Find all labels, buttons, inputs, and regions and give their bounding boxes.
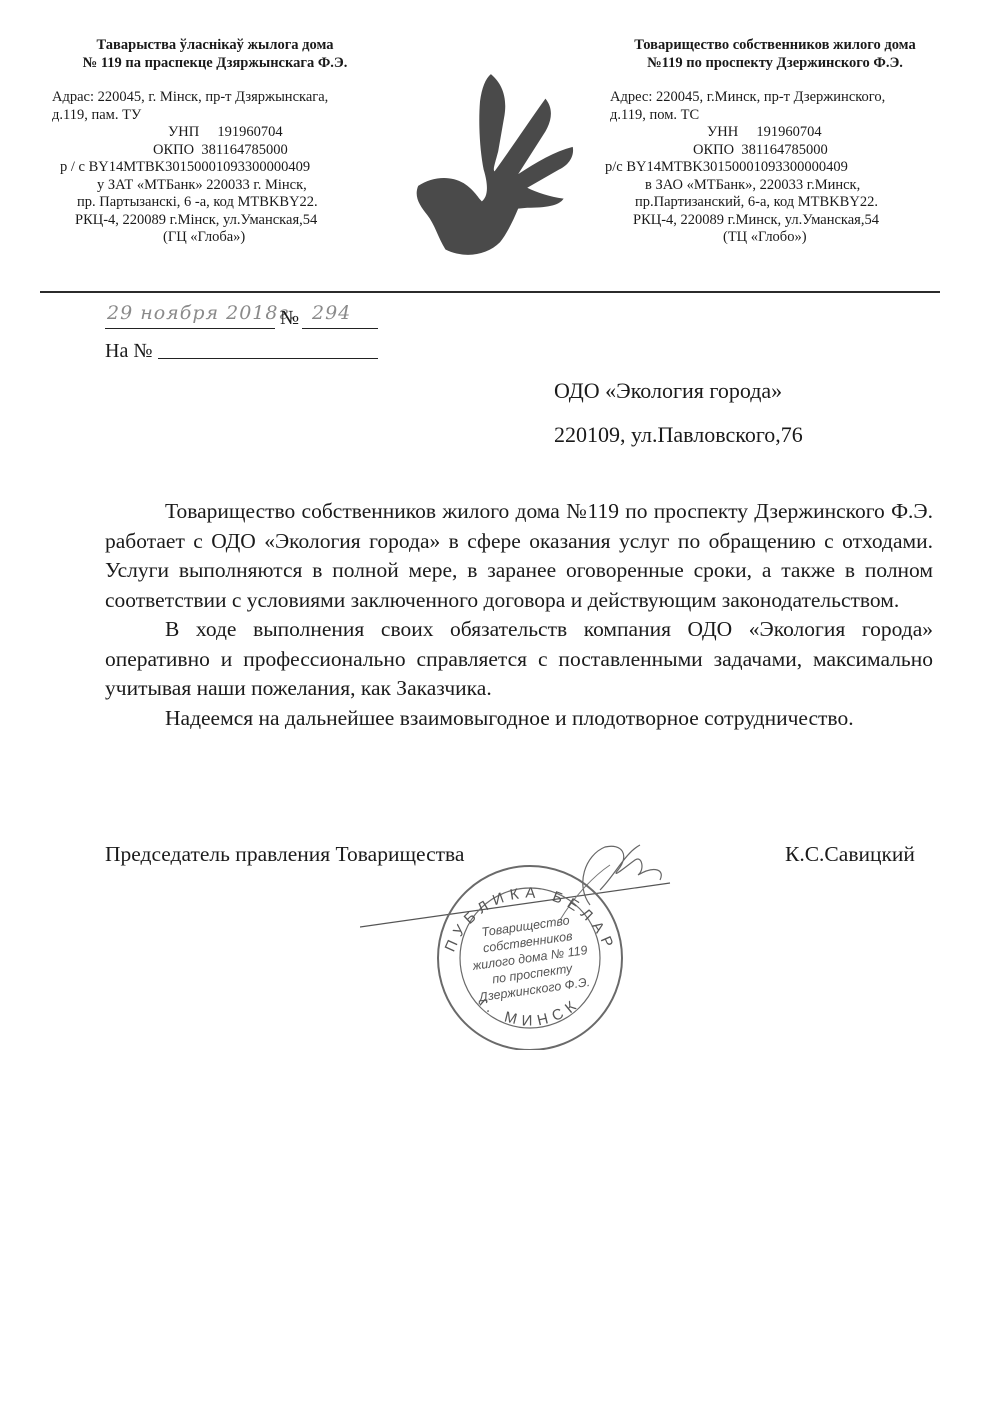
header-divider — [40, 291, 940, 293]
address-ru-line1: Адрес: 220045, г.Минск, пр-т Дзержинског… — [605, 89, 945, 107]
handwritten-date: 29 ноября 2018г. — [107, 302, 296, 324]
org-title-ru-line1: Товарищество собственников жилого дома — [605, 37, 945, 55]
official-stamp: РЕСПУБЛИКА БЕЛАРУСЬ г. МИНСК Товариществ… — [430, 850, 630, 1050]
unp-by: УНП 191960704 — [40, 124, 390, 142]
account-by: р / с BY14MTBK30150001093300000409 — [40, 159, 390, 177]
header-right-russian: Товарищество собственников жилого дома №… — [605, 37, 945, 247]
recipient-address: 220109, ул.Павловского,76 — [554, 422, 803, 448]
recipient-name: ОДО «Экология города» — [554, 378, 782, 404]
bank-ru-line3: РКЦ-4, 220089 г.Минск, ул.Уманская,54 — [605, 212, 945, 230]
reply-to-field — [158, 338, 378, 359]
bank-by-line4: (ГЦ «Глоба») — [40, 229, 390, 247]
outgoing-date-field: 29 ноября 2018г. — [105, 302, 275, 329]
bank-ru-line1: в ЗАО «МТБанк», 220033 г.Минск, — [605, 177, 945, 195]
body-paragraph-2: В ходе выполнения своих обязательств ком… — [105, 615, 933, 704]
bank-by-line3: РКЦ-4, 220089 г.Мінск, ул.Уманская,54 — [40, 212, 390, 230]
account-ru: р/с BY14MTBK30150001093300000409 — [605, 159, 945, 177]
bank-ru-line2: пр.Партизанский, 6-а, код MTBKBY22. — [605, 194, 945, 212]
okpo-by: ОКПО 381164785000 — [40, 142, 390, 160]
dove-hand-logo-icon — [400, 60, 600, 270]
reply-to-label: На № — [105, 340, 152, 363]
org-title-by-line1: Таварыства ўласнікаў жылога дома — [40, 37, 390, 55]
address-by-line2: д.119, пам. ТУ — [40, 107, 390, 125]
letter-body: Товарищество собственников жилого дома №… — [105, 497, 933, 733]
signatory-name: К.С.Савицкий — [785, 842, 915, 867]
handwritten-number: 294 — [312, 302, 351, 324]
bank-by-line2: пр. Партызанскі, 6 -а, код MTBKBY22. — [40, 194, 390, 212]
bank-ru-line4: (ТЦ «Глобо») — [605, 229, 945, 247]
header-left-belarusian: Таварыства ўласнікаў жылога дома № 119 п… — [40, 37, 390, 247]
body-paragraph-1: Товарищество собственников жилого дома №… — [105, 497, 933, 615]
address-ru-line2: д.119, пом. ТС — [605, 107, 945, 125]
bank-by-line1: у ЗАТ «МТБанк» 220033 г. Мінск, — [40, 177, 390, 195]
okpo-ru: ОКПО 381164785000 — [605, 142, 945, 160]
outgoing-number-field: 294 — [302, 302, 378, 329]
org-title-by-line2: № 119 па праспекце Дзяржынскага Ф.Э. — [40, 55, 390, 73]
number-label: № — [280, 307, 299, 330]
body-paragraph-3: Надеемся на дальнейшее взаимовыгодное и … — [105, 704, 933, 734]
org-title-ru-line2: №119 по проспекту Дзержинского Ф.Э. — [605, 55, 945, 73]
address-by-line1: Адрас: 220045, г. Мінск, пр-т Дзяржынска… — [40, 89, 390, 107]
unn-ru: УНН 191960704 — [605, 124, 945, 142]
